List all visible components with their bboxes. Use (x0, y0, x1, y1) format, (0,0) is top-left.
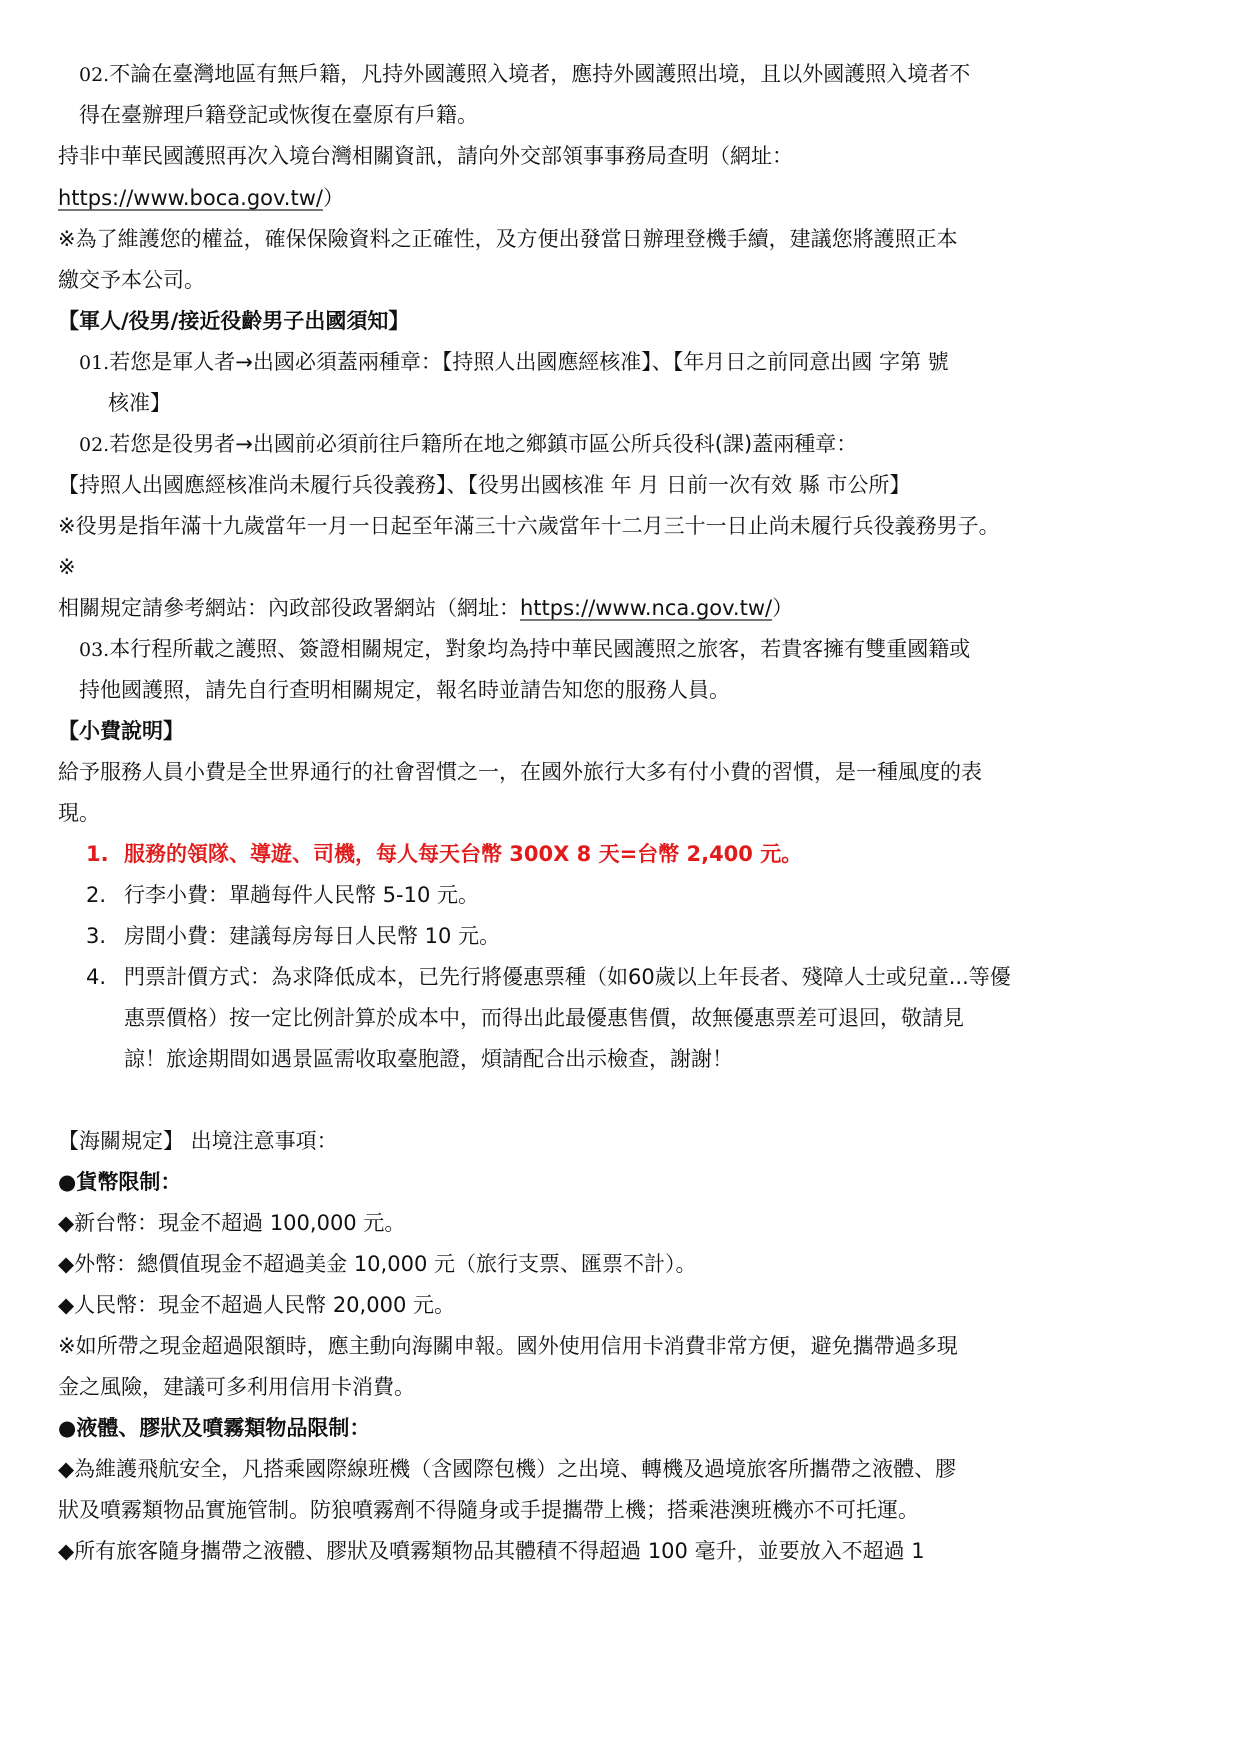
currency-note-line2: 金之風險，建議可多利用信用卡消費。 (58, 1372, 415, 1402)
currency-note-line1: ※如所帶之現金超過限額時，應主動向海關申報。國外使用信用卡消費非常方便，避免攜帶… (58, 1331, 958, 1361)
item-number: 02. (79, 64, 109, 86)
list-text: 行李小費：單趟每件人民幣 5-10 元。 (124, 883, 479, 907)
item-number: 02. (79, 434, 109, 456)
closing-paren: ） (323, 186, 344, 210)
military-heading: 【軍人/役男/接近役齡男子出國須知】 (58, 306, 409, 336)
military-item-02-line1: 02.若您是役男者→出國前必須前往戶籍所在地之鄉鎮市區公所兵役科(課)蓋兩種章： (79, 429, 857, 460)
tips-item-2: 2.行李小費：單趟每件人民幣 5-10 元。 (86, 880, 479, 910)
paragraph-text: 不論在臺灣地區有無戶籍，凡持外國護照入境者，應持外國護照出境，且以外國護照入境者… (109, 62, 970, 86)
tips-item-4: 4.門票計價方式：為求降低成本，已先行將優惠票種（如60歲以上年長者、殘障人士或… (86, 962, 1011, 992)
liquid-item-1-line1: ◆為維護飛航安全，凡搭乘國際線班機（含國際包機）之出境、轉機及過境旅客所攜帶之液… (58, 1454, 956, 1484)
military-item-03-line1: 03.本行程所載之護照、簽證相關規定，對象均為持中華民國護照之旅客，若貴客擁有雙… (79, 634, 970, 665)
tips-item-4-line3: 諒！旅途期間如遇景區需收取臺胞證，煩請配合出示檢查，謝謝！ (124, 1044, 733, 1074)
passport-note-line1: ※為了維護您的權益，確保保險資料之正確性，及方便出發當日辦理登機手續，建議您將護… (58, 224, 958, 254)
reference-mark: ※ (58, 552, 76, 582)
liquid-item-1-line2: 狀及噴霧類物品實施管制。防狼噴霧劑不得隨身或手提攜帶上機；搭乘港澳班機亦不可托運… (58, 1495, 919, 1525)
nca-info-line: 相關規定請參考網站：內政部役政署網站（網址：https://www.nca.go… (58, 593, 793, 623)
tips-intro-line2: 現。 (58, 798, 100, 828)
boca-info-text: 持非中華民國護照再次入境台灣相關資訊，請向外交部領事事務局查明（網址： (58, 141, 793, 171)
military-definition: ※役男是指年滿十九歲當年一月一日起至年滿三十六歲當年十二月三十一日止尚未履行兵役… (58, 511, 1000, 541)
list-text: 服務的領隊、導遊、司機，每人每天台幣 300X 8 天=台幣 2,400 元。 (124, 842, 802, 866)
list-number: 3. (86, 921, 124, 951)
list-text: 房間小費：建議每房每日人民幣 10 元。 (124, 924, 500, 948)
military-item-01-line1: 01.若您是軍人者→出國必須蓋兩種章：【持照人出國應經核准】、【年月日之前同意出… (79, 347, 949, 378)
nca-link[interactable]: https://www.nca.gov.tw/ (520, 596, 772, 620)
passport-note-line2: 繳交予本公司。 (58, 265, 205, 295)
customs-heading: 【海關規定】 出境注意事項： (58, 1126, 338, 1156)
currency-item-twd: ◆新台幣：現金不超過 100,000 元。 (58, 1208, 405, 1238)
military-item-03-line2: 持他國護照，請先自行查明相關規定，報名時並請告知您的服務人員。 (79, 675, 730, 705)
tips-intro-line1: 給予服務人員小費是全世界通行的社會習慣之一，在國外旅行大多有付小費的習慣，是一種… (58, 757, 982, 787)
currency-item-rmb: ◆人民幣：現金不超過人民幣 20,000 元。 (58, 1290, 455, 1320)
list-number: 4. (86, 962, 124, 992)
list-text: 門票計價方式：為求降低成本，已先行將優惠票種（如60歲以上年長者、殘障人士或兒童… (124, 965, 1011, 989)
item-number: 03. (79, 639, 109, 661)
paragraph-text: 相關規定請參考網站：內政部役政署網站（網址： (58, 596, 520, 620)
tips-item-1: 1.服務的領隊、導遊、司機，每人每天台幣 300X 8 天=台幣 2,400 元… (86, 839, 802, 869)
currency-heading: ●貨幣限制： (58, 1167, 181, 1197)
currency-item-foreign: ◆外幣：總價值現金不超過美金 10,000 元（旅行支票、匯票不計）。 (58, 1249, 696, 1279)
military-item-01-line2: 核准】 (108, 388, 171, 418)
paragraph-text: 若您是軍人者→出國必須蓋兩種章：【持照人出國應經核准】、【年月日之前同意出國 字… (109, 350, 948, 374)
closing-paren: ） (772, 596, 793, 620)
tips-item-4-line2: 惠票價格）按一定比例計算於成本中，而得出此最優惠售價，故無優惠票差可退回，敬請見 (124, 1003, 964, 1033)
passport-item-02-line2: 得在臺辦理戶籍登記或恢復在臺原有戶籍。 (79, 100, 478, 130)
tips-heading: 【小費說明】 (58, 716, 184, 746)
liquid-heading: ●液體、膠狀及噴霧類物品限制： (58, 1413, 370, 1443)
item-number: 01. (79, 352, 109, 374)
tips-item-3: 3.房間小費：建議每房每日人民幣 10 元。 (86, 921, 500, 951)
liquid-item-2-line1: ◆所有旅客隨身攜帶之液體、膠狀及噴霧類物品其體積不得超過 100 毫升，並要放入… (58, 1536, 925, 1566)
list-number: 1. (86, 839, 124, 869)
passport-item-02-line1: 02.不論在臺灣地區有無戶籍，凡持外國護照入境者，應持外國護照出境，且以外國護照… (79, 59, 970, 90)
boca-link[interactable]: https://www.boca.gov.tw/ (58, 186, 323, 210)
paragraph-text: 本行程所載之護照、簽證相關規定，對象均為持中華民國護照之旅客，若貴客擁有雙重國籍… (109, 637, 970, 661)
list-number: 2. (86, 880, 124, 910)
boca-link-line: https://www.boca.gov.tw/） (58, 183, 344, 213)
paragraph-text: 若您是役男者→出國前必須前往戶籍所在地之鄉鎮市區公所兵役科(課)蓋兩種章： (109, 432, 857, 456)
military-item-02-line2: 【持照人出國應經核准尚未履行兵役義務】、【役男出國核准 年 月 日前一次有效 縣… (58, 470, 910, 500)
